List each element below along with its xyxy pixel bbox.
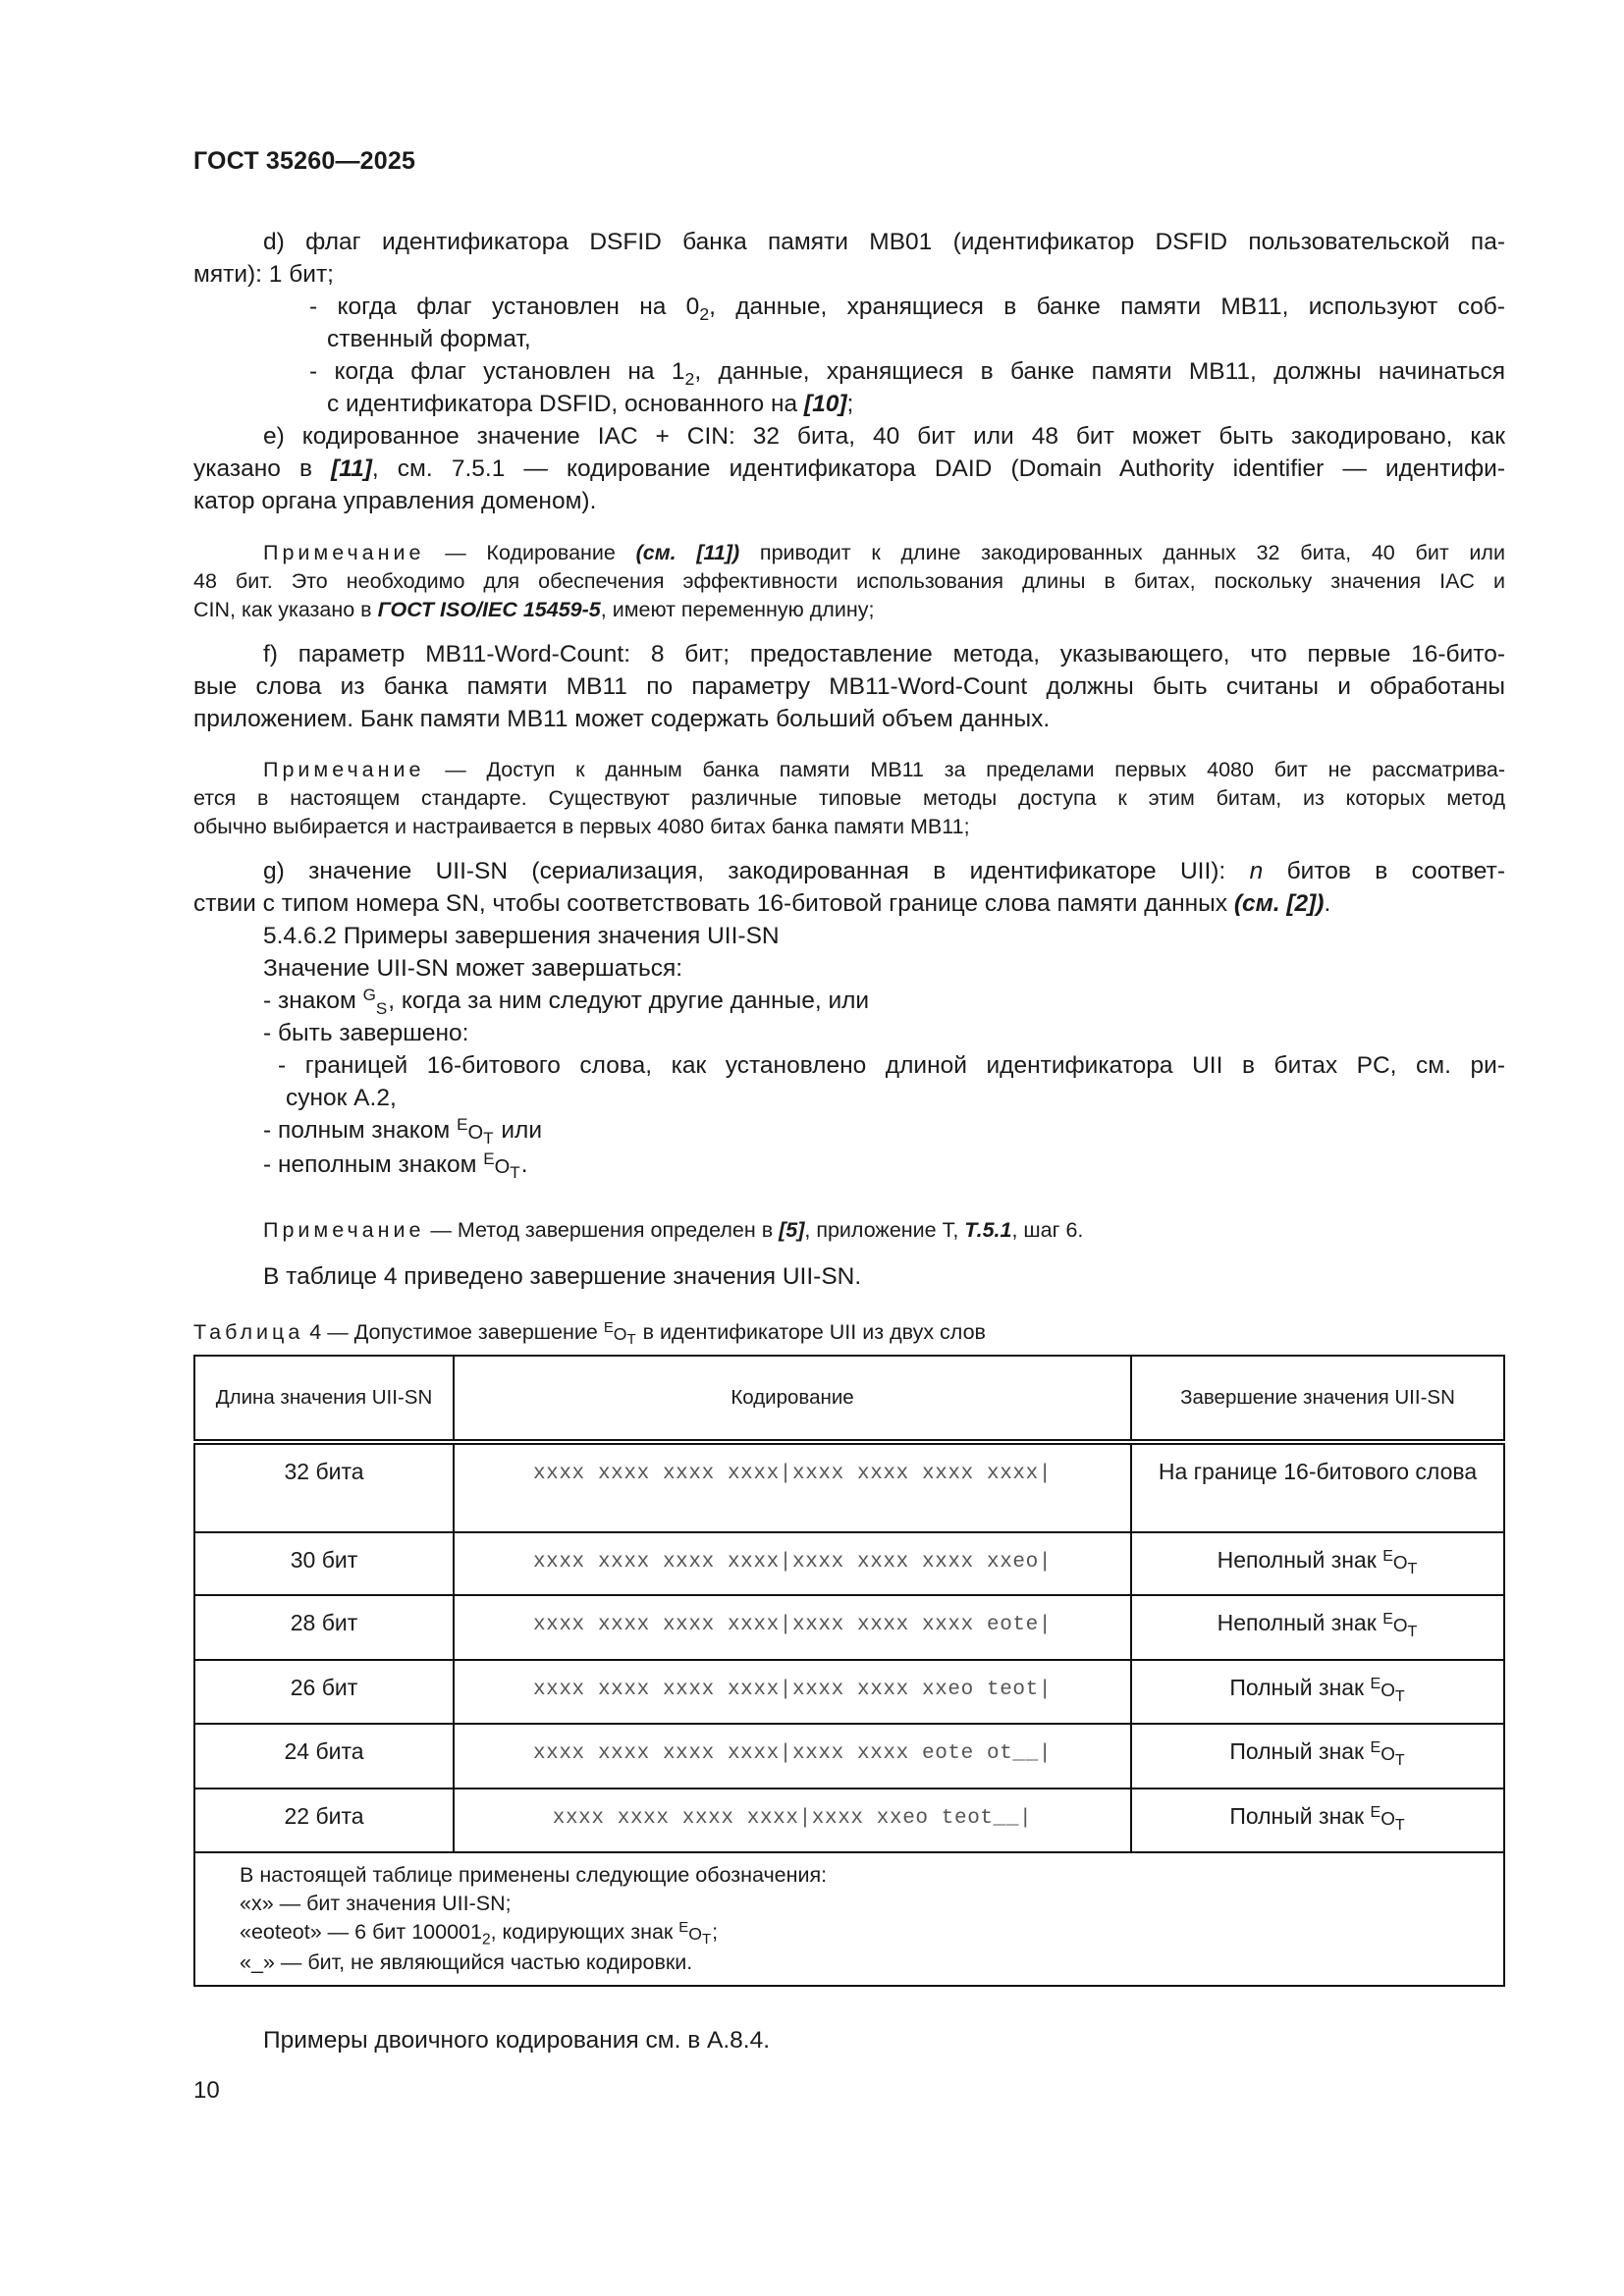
cell-termination: Неполный знак EOT — [1131, 1532, 1504, 1595]
table-row: 24 битаxxxx xxxx xxxx xxxx|xxxx xxxx eot… — [194, 1724, 1504, 1789]
note-2-line-2: ется в настоящем стандарте. Существуют р… — [193, 783, 1505, 813]
variable: n — [1250, 858, 1264, 884]
eot-symbol-icon: EOT — [483, 1151, 520, 1182]
text: , приложение Т, — [804, 1218, 964, 1242]
section-intro: Значение UII-SN может завершаться: — [263, 954, 1505, 984]
note-2-line-3: обычно выбирается и настраивается в перв… — [193, 812, 1505, 841]
cell-termination: На границе 16-битового слова — [1131, 1442, 1504, 1532]
eot-symbol-icon: EOT — [1371, 1802, 1406, 1835]
table-row: 22 битаxxxx xxxx xxxx xxxx|xxxx xxeo teo… — [194, 1789, 1504, 1852]
reference: [11] — [331, 455, 372, 482]
header-termination: Завершение значения UII-SN — [1131, 1356, 1504, 1442]
cell-coding: xxxx xxxx xxxx xxxx|xxxx xxxx xxxx xxeo| — [454, 1532, 1131, 1595]
cell-coding: xxxx xxxx xxxx xxxx|xxxx xxxx eote ot__| — [454, 1724, 1131, 1789]
cell-termination: Полный знак EOT — [1131, 1660, 1504, 1724]
cell-length: 28 бит — [194, 1595, 454, 1660]
cell-termination: Полный знак EOT — [1131, 1724, 1504, 1789]
eot-symbol-icon: EOT — [457, 1117, 494, 1148]
item-f-line-3: приложением. Банк памяти MB11 может соде… — [193, 705, 1505, 734]
text: CIN, как указано в — [193, 598, 378, 621]
notes-line: В настоящей таблице применены следующие … — [240, 1861, 1503, 1890]
text: — Кодирование — [424, 541, 635, 564]
text: в идентификаторе UII из двух слов — [637, 1320, 986, 1344]
text: битов в соответ- — [1263, 858, 1505, 884]
text: - когда флаг установлен на 0 — [309, 294, 699, 320]
notes-line: «eoteot» — 6 бит 1000012, кодирующих зна… — [240, 1918, 1503, 1949]
item-e-line-3: катор органа управления доменом). — [193, 487, 1505, 516]
reference: [5] — [779, 1218, 804, 1242]
table-4: Длина значения UII-SN Кодирование Заверш… — [193, 1355, 1505, 1987]
note-1-line-3: CIN, как указано в ГОСТ ISO/IEC 15459-5,… — [193, 595, 1505, 624]
section-heading: 5.4.6.2 Примеры завершения значения UII-… — [263, 922, 1505, 951]
eot-symbol-icon: EOT — [1382, 1609, 1418, 1641]
note-3: Примечание — Метод завершения определен … — [263, 1215, 1505, 1245]
notes-line: «x» — бит значения UII-SN; — [240, 1890, 1503, 1918]
list-item-terminated: - быть завершено: — [263, 1019, 1505, 1048]
item-f-line-2: вые слова из банка памяти MB11 по параме… — [193, 672, 1505, 702]
text: - когда флаг установлен на 1 — [309, 358, 685, 385]
text: - полным знаком — [263, 1117, 457, 1144]
eot-symbol-icon: EOT — [678, 1919, 712, 1949]
item-d-line-2: мяти): 1 бит; — [193, 260, 1505, 290]
text: приводит к длине закодированных данных 3… — [739, 541, 1505, 564]
eot-symbol-icon: EOT — [1371, 1737, 1406, 1770]
table-header-row: Длина значения UII-SN Кодирование Заверш… — [194, 1356, 1504, 1442]
item-f-line-1: f) параметр MB11-Word-Count: 8 бит; пред… — [263, 640, 1505, 669]
text: , когда за ним следуют другие данные, ил… — [388, 988, 869, 1014]
text: 4 — Допустимое завершение — [303, 1320, 604, 1344]
gs-symbol-icon: GS — [363, 988, 389, 1018]
list-item-boundary-cont: сунок А.2, — [286, 1084, 1513, 1113]
text: , данные, хранящиеся в банке памяти MB11… — [709, 294, 1505, 320]
eot-symbol-icon: EOT — [1371, 1674, 1406, 1706]
item-d-bullet-2-cont: с идентификатора DSFID, основанного на [… — [327, 390, 1523, 419]
document-header: ГОСТ 35260—2025 — [193, 147, 415, 176]
cell-length: 24 бита — [194, 1724, 454, 1789]
cell-coding: xxxx xxxx xxxx xxxx|xxxx xxxx xxxx xxxx| — [454, 1442, 1131, 1532]
text: , имеют переменную длину; — [601, 598, 875, 621]
item-g-line-1: g) значение UII-SN (сериализация, закоди… — [263, 857, 1505, 886]
cell-length: 26 бит — [194, 1660, 454, 1724]
cell-length: 22 бита — [194, 1789, 454, 1852]
cell-termination: Неполный знак EOT — [1131, 1595, 1504, 1660]
reference: (см. [11]) — [636, 541, 740, 564]
item-d-bullet-1-cont: ственный формат, — [327, 325, 1523, 354]
item-d-bullet-2: - когда флаг установлен на 12, данные, х… — [309, 357, 1505, 387]
eot-symbol-icon: EOT — [604, 1318, 637, 1350]
termination-text: Полный знак — [1229, 1738, 1370, 1764]
cell-termination: Полный знак EOT — [1131, 1789, 1504, 1852]
subscript: 2 — [699, 304, 709, 322]
text: с идентификатора DSFID, основанного на — [327, 391, 804, 417]
termination-text: На границе 16-битового слова — [1159, 1459, 1477, 1484]
header-coding: Кодирование — [454, 1356, 1131, 1442]
list-item-full-eot: - полным знаком EOT или — [263, 1116, 1505, 1148]
list-item-partial-eot: - неполным знаком EOT. — [263, 1150, 1505, 1182]
text: , см. 7.5.1 — кодирование идентификатора… — [372, 455, 1505, 482]
eot-symbol-icon: EOT — [1382, 1546, 1418, 1578]
cell-coding: xxxx xxxx xxxx xxxx|xxxx xxxx xxeo teot| — [454, 1660, 1131, 1724]
header-length: Длина значения UII-SN — [194, 1356, 454, 1442]
text: , шаг 6. — [1011, 1218, 1083, 1242]
text: - неполным знаком — [263, 1151, 483, 1178]
cell-length: 30 бит — [194, 1532, 454, 1595]
text: g) значение UII-SN (сериализация, закоди… — [263, 858, 1250, 884]
item-e-line-2: указано в [11], см. 7.5.1 — кодирование … — [193, 454, 1505, 484]
table-notes: В настоящей таблице применены следующие … — [194, 1852, 1504, 1986]
text: — Доступ к данным банка памяти MB11 за п… — [424, 758, 1505, 781]
text: указано в — [193, 455, 331, 482]
item-d-bullet-1: - когда флаг установлен на 02, данные, х… — [309, 293, 1505, 322]
reference: [10] — [804, 391, 847, 417]
cell-length: 32 бита — [194, 1442, 454, 1532]
text: ствии с типом номера SN, чтобы соответст… — [193, 890, 1234, 917]
list-item-gs: - знаком GS, когда за ним следуют другие… — [263, 987, 1505, 1018]
note-label: Примечание — [263, 541, 424, 564]
document-page: ГОСТ 35260—2025 d) флаг идентификатора D… — [0, 0, 1624, 2296]
note-label: Примечание — [263, 758, 424, 781]
text: , данные, хранящиеся в банке памяти MB11… — [694, 358, 1505, 385]
text: . — [1324, 890, 1330, 917]
text: - знаком — [263, 988, 363, 1014]
reference: Т.5.1 — [964, 1218, 1011, 1242]
caption-label: Таблица — [193, 1320, 303, 1344]
item-e-line-1: e) кодированное значение IAC + CIN: 32 б… — [263, 422, 1505, 452]
table-row: 32 битаxxxx xxxx xxxx xxxx|xxxx xxxx xxx… — [194, 1442, 1504, 1532]
note-2-line-1: Примечание — Доступ к данным банка памят… — [263, 755, 1505, 784]
table-notes-row: В настоящей таблице применены следующие … — [194, 1852, 1504, 1986]
note-label: Примечание — [263, 1218, 424, 1242]
notes-line: «_» — бит, не являющийся частью кодировк… — [240, 1949, 1503, 1977]
item-g-line-2: ствии с типом номера SN, чтобы соответст… — [193, 889, 1505, 919]
table-caption: Таблица 4 — Допустимое завершение EOT в … — [193, 1317, 1505, 1350]
text: — Метод завершения определен в — [424, 1218, 779, 1242]
reference: (см. [2]) — [1234, 890, 1325, 917]
termination-text: Полный знак — [1229, 1675, 1370, 1700]
reference: ГОСТ ISO/IEC 15459-5 — [378, 598, 601, 621]
list-item-boundary: - границей 16-битового слова, как устано… — [278, 1051, 1505, 1081]
item-d-line-1: d) флаг идентификатора DSFID банка памят… — [263, 228, 1505, 257]
table-row: 26 битxxxx xxxx xxxx xxxx|xxxx xxxx xxeo… — [194, 1660, 1504, 1724]
table-row: 28 битxxxx xxxx xxxx xxxx|xxxx xxxx xxxx… — [194, 1595, 1504, 1660]
text: ; — [847, 391, 854, 417]
table-row: 30 битxxxx xxxx xxxx xxxx|xxxx xxxx xxxx… — [194, 1532, 1504, 1595]
cell-coding: xxxx xxxx xxxx xxxx|xxxx xxeo teot__| — [454, 1789, 1131, 1852]
termination-text: Полный знак — [1229, 1803, 1370, 1829]
table-intro: В таблице 4 приведено завершение значени… — [263, 1262, 1505, 1292]
note-1-line-1: Примечание — Кодирование (см. [11]) прив… — [263, 538, 1505, 567]
cell-coding: xxxx xxxx xxxx xxxx|xxxx xxxx xxxx eote| — [454, 1595, 1131, 1660]
closing-text: Примеры двоичного кодирования см. в А.8.… — [263, 2026, 1505, 2056]
text: или — [495, 1117, 542, 1144]
termination-text: Неполный знак — [1218, 1547, 1383, 1573]
subscript: 2 — [685, 369, 695, 387]
text: . — [521, 1151, 528, 1178]
note-1-line-2: 48 бит. Это необходимо для обеспечения э… — [193, 566, 1505, 596]
page-number: 10 — [193, 2077, 220, 2105]
termination-text: Неполный знак — [1218, 1610, 1383, 1635]
